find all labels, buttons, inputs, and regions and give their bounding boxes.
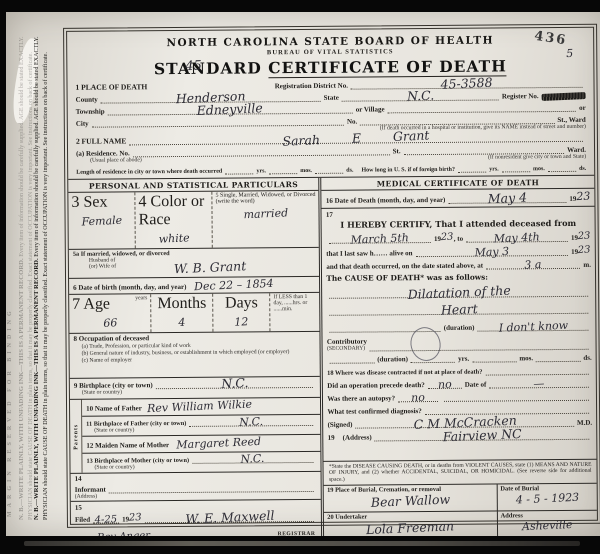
race-line: white bbox=[139, 229, 209, 248]
row-age: 7 Age years 66 Months 4 Days bbox=[69, 293, 320, 334]
dod-label: 16 Date of Death (month, day, and year) bbox=[326, 196, 446, 205]
burial-place-line: Bear Wallow bbox=[327, 493, 493, 509]
race-value: white bbox=[158, 231, 189, 245]
cause-of-death-label: The CAUSE OF DEATH* was as follows: bbox=[326, 273, 488, 283]
age-less-label: If LESS than 1 day, ......hrs. or ......… bbox=[273, 294, 316, 312]
marital-cell: 5 Single, Married, Widowed, or Divorced … bbox=[212, 191, 320, 248]
marital-value: married bbox=[243, 206, 288, 221]
burial-date-line: 4 - 5 - 1923 bbox=[500, 492, 593, 506]
filed-date-value: 4-25 bbox=[95, 514, 118, 526]
handwritten-number-5: 5 bbox=[566, 47, 574, 60]
mos-label: mos. bbox=[519, 354, 533, 362]
scan-shadow-streak bbox=[24, 541, 580, 546]
full-name-label: FULL NAME bbox=[81, 136, 126, 145]
residence-line bbox=[133, 145, 390, 157]
burial-date-cell: Date of Burial 4 - 5 - 1923 bbox=[497, 484, 597, 511]
cause-value-2: Heart bbox=[440, 301, 477, 318]
lastsaw-value: May 3 bbox=[474, 245, 509, 259]
filed-line: Filed 4-25 1923 W. E. Maxwell bbox=[75, 511, 317, 524]
form-title-standard: STANDARD bbox=[154, 58, 262, 78]
parents-tab: Parents bbox=[70, 400, 83, 473]
age-header: 7 Age years bbox=[72, 295, 147, 314]
birthplace-line: N.C. bbox=[156, 378, 314, 389]
signed-label: (Signed) bbox=[328, 421, 353, 429]
age-months-cell: Months 4 bbox=[150, 294, 212, 332]
parents-rows: 10 Name of Father Rev William Wilkie 11 … bbox=[82, 398, 321, 473]
duration-value: I don't know bbox=[498, 319, 568, 335]
village-line bbox=[388, 102, 577, 113]
street-no-line bbox=[360, 114, 554, 126]
certify-block: 17 I HEREBY CERTIFY, That I attended dec… bbox=[322, 207, 596, 444]
burial-table: 19 Place of Burial, Cremation, or remova… bbox=[324, 483, 597, 536]
cause-dots-1: Dilatation of the bbox=[329, 287, 588, 299]
ds-label: ds. bbox=[583, 354, 591, 362]
age-days-label: Days bbox=[216, 294, 266, 312]
father-bp-label: 11 Birthplace of Father (city or town) bbox=[86, 420, 186, 428]
or-village-label: or Village bbox=[356, 105, 385, 113]
full-name-line: Sarah E Grant bbox=[129, 132, 583, 146]
row-sex-race-marital: 3 Sex Female 4 Color or Race white 5 Sin… bbox=[68, 191, 319, 250]
two-column-section: PERSONAL AND STATISTICAL PARTICULARS 3 S… bbox=[68, 175, 597, 536]
to-year-value: 23 bbox=[578, 231, 591, 243]
row-spouse: 5a If married, widowed, or divorced Husb… bbox=[69, 248, 320, 279]
birthdate-value: Dec 22 – 1854 bbox=[194, 277, 274, 293]
cause-footnote: *State the DISEASE CAUSING DEATH, or in … bbox=[324, 459, 597, 485]
age-years-value: 66 bbox=[103, 316, 118, 330]
burial-date-value: 4 - 5 - 1923 bbox=[515, 491, 579, 507]
burial-place-cell: 19 Place of Burial, Cremation, or remova… bbox=[324, 485, 497, 512]
state-value: N.C. bbox=[406, 88, 434, 104]
attended-from-value: March 5th bbox=[351, 231, 410, 246]
ds-label: ds. bbox=[579, 166, 586, 172]
contributory-duration-line: (duration) yrs. mos. ds. bbox=[327, 352, 592, 364]
birthplace-value: N.C. bbox=[221, 375, 249, 391]
race-cell: 4 Color or Race white bbox=[134, 192, 212, 249]
certify-text: I HEREBY CERTIFY, That I attended deceas… bbox=[340, 218, 576, 230]
age-months-label: Months bbox=[154, 295, 209, 313]
medical-certificate-column: MEDICAL CERTIFICATE OF DEATH 16 Date of … bbox=[322, 176, 597, 536]
township-line: Edneyville bbox=[108, 104, 353, 116]
mother-bp-dots: N.C. bbox=[192, 453, 314, 464]
cause-value-1: Dilatation of the bbox=[407, 283, 511, 302]
spouse-value: W. B. Grant bbox=[174, 258, 247, 276]
from-year-value: 23 bbox=[441, 232, 454, 244]
dod-line: 16 Date of Death (month, day, and year) … bbox=[326, 190, 591, 205]
from-dots: March 5th bbox=[329, 233, 431, 244]
father-value: Rev William Wilkie bbox=[147, 398, 252, 415]
usual-abode-note: (Usual place of abode) bbox=[90, 157, 142, 163]
state-line: N.C. bbox=[342, 90, 499, 101]
burial-place-value: Bear Wallow bbox=[370, 491, 450, 509]
physician-address: Fairview NC bbox=[442, 426, 521, 444]
row-burial-place: 19 Place of Burial, Cremation, or remova… bbox=[324, 484, 597, 513]
state-label: State bbox=[324, 94, 339, 102]
row-father-name: 10 Name of Father Rev William Wilkie bbox=[82, 398, 321, 417]
certificate-form: 436 5 45 NORTH CAROLINA STATE BOARD OF H… bbox=[66, 27, 598, 525]
registrar-label: REGISTRAR bbox=[278, 531, 316, 536]
father-label: 10 Name of Father bbox=[86, 404, 142, 412]
contributory-line: Contributory (SECONDARY) bbox=[327, 336, 592, 352]
father-bp-dots: N.C. bbox=[189, 416, 313, 427]
undertaker-value: Lola Freeman bbox=[366, 518, 455, 536]
registrar-signature: W. E. Maxwell bbox=[185, 508, 275, 527]
form-header: NORTH CAROLINA STATE BOARD OF HEALTH BUR… bbox=[67, 28, 593, 79]
age-days-line: 12 bbox=[216, 312, 266, 330]
registration-district-value: 45-3588 bbox=[440, 75, 493, 92]
city-line bbox=[92, 116, 344, 128]
dots bbox=[330, 353, 374, 363]
autopsy-label: Was there an autopsy? bbox=[327, 394, 395, 403]
duration-label: (duration) bbox=[444, 324, 475, 332]
mother-label: 12 Maiden Name of Mother bbox=[86, 441, 169, 450]
address-dots: Fairview NC bbox=[375, 430, 590, 442]
filed-date-line: 4-25 bbox=[93, 513, 119, 523]
undertaker-cell: 20 Undertaker Lola Freeman bbox=[324, 512, 497, 536]
address-year-label: 19 bbox=[328, 434, 335, 442]
dots bbox=[536, 352, 580, 362]
register-no-label: Register No. bbox=[502, 92, 539, 100]
to-label: , to bbox=[454, 235, 463, 243]
dots bbox=[315, 164, 343, 174]
lastsaw-label: that I last saw h…… alive on bbox=[326, 249, 412, 258]
occurred-label: and that death occurred, on the date sta… bbox=[326, 262, 483, 271]
registrar-sign-line: W. E. Maxwell bbox=[145, 512, 315, 523]
residence-ward-label: Ward. bbox=[567, 146, 586, 154]
lastsaw-dots: May 3 bbox=[416, 246, 569, 257]
certify-statement: I HEREBY CERTIFY, That I attended deceas… bbox=[326, 218, 591, 230]
dots bbox=[502, 162, 530, 172]
street-no-label: No. bbox=[347, 118, 357, 126]
undertaker-address-cell: Address Asheville bbox=[498, 511, 598, 536]
autopsy-dots: no bbox=[398, 392, 438, 402]
row-birthplace: 9 Birthplace (city or town) N.C. (State … bbox=[70, 377, 321, 400]
age-days-cell: Days 12 bbox=[212, 293, 269, 331]
city-label: City bbox=[76, 120, 89, 128]
operation-value: no bbox=[438, 378, 452, 392]
father-bp-value: N.C. bbox=[239, 415, 263, 429]
father-bp-line: 11 Birthplace of Father (city or town) N… bbox=[86, 416, 316, 428]
dod-value: May 4 bbox=[487, 190, 527, 207]
st-ward-label: St., Ward bbox=[557, 116, 586, 124]
contributory-block: Contributory (SECONDARY) bbox=[327, 338, 367, 352]
dots bbox=[472, 352, 516, 362]
signed-line: (Signed) C M McCracken M.D. bbox=[328, 417, 593, 429]
marital-label: 5 Single, Married, Widowed, or Divorced … bbox=[216, 192, 316, 205]
foreign-birth-label: How long in U. S. if of foreign birth? bbox=[361, 167, 455, 174]
township-value: Edneyville bbox=[197, 100, 264, 118]
cause-dots-2: Heart bbox=[330, 304, 589, 316]
undertaker-address-line: Asheville bbox=[501, 519, 594, 533]
marital-line: married bbox=[216, 204, 316, 223]
certify-occurred-line: and that death occurred, on the date sta… bbox=[326, 259, 591, 271]
undertaker-line: Lola Freeman bbox=[327, 520, 493, 536]
row-undertaker: 20 Undertaker Lola Freeman Address Ashev… bbox=[324, 511, 597, 536]
undertaker-address-value: Asheville bbox=[522, 518, 573, 533]
township-label: Township bbox=[76, 108, 105, 116]
row-birthdate: 6 Date of birth (month, day, and year) D… bbox=[69, 277, 319, 295]
or-label: or bbox=[579, 104, 586, 112]
place-of-death-number: 1 bbox=[75, 83, 79, 92]
autopsy-value: no bbox=[411, 391, 425, 405]
operation-date-value: — bbox=[533, 377, 545, 390]
age-months-value: 4 bbox=[178, 316, 186, 329]
attended-to-value: May 4th bbox=[494, 230, 541, 245]
time-dots: 3 a bbox=[486, 259, 580, 270]
age-years-cell: 7 Age years 66 bbox=[69, 294, 150, 333]
cause-line-1: Dilatation of the bbox=[326, 287, 591, 299]
dots bbox=[485, 365, 588, 376]
cause-label-line: The CAUSE OF DEATH* was as follows: bbox=[326, 272, 591, 283]
dots bbox=[548, 162, 576, 172]
mos-label: mos. bbox=[300, 168, 312, 174]
mos-label: mos. bbox=[533, 166, 545, 172]
place-of-death-label: PLACE OF DEATH bbox=[81, 82, 147, 92]
yrs-label: yrs. bbox=[256, 168, 266, 174]
personal-statistical-column: PERSONAL AND STATISTICAL PARTICULARS 3 S… bbox=[68, 178, 324, 536]
row-mother-birthplace: 13 Birthplace of Mother (city or town) N… bbox=[82, 452, 321, 473]
registration-district-label: Registration District No. bbox=[275, 82, 348, 91]
dots bbox=[444, 391, 589, 402]
county-label: County bbox=[76, 96, 98, 104]
time-value: 3 a bbox=[524, 258, 542, 272]
address-label: (Address) bbox=[343, 433, 372, 441]
m-label: m. bbox=[583, 261, 591, 269]
occupation-c-label: (c) Name of employer bbox=[82, 356, 316, 364]
sex-line: Female bbox=[72, 211, 132, 229]
row-date-of-death: 16 Date of Death (month, day, and year) … bbox=[322, 189, 595, 209]
age-years-line: 66 bbox=[72, 313, 147, 332]
birthplace-sub: (State or country) bbox=[82, 388, 316, 396]
dots bbox=[269, 164, 297, 174]
race-label: 4 Color or Race bbox=[138, 193, 208, 230]
test-label: What test confirmed diagnosis? bbox=[327, 407, 421, 416]
residence-st-label: St. bbox=[393, 147, 401, 155]
age-months-line: 4 bbox=[154, 313, 209, 331]
operation-date-label: Date of bbox=[465, 381, 487, 389]
mother-bp-label: 13 Birthplace of Mother (city or town) bbox=[86, 457, 189, 465]
mother-bp-sub: (State or country) bbox=[94, 463, 316, 471]
scan-tilt-layer: 436 5 45 NORTH CAROLINA STATE BOARD OF H… bbox=[6, 12, 600, 536]
row-informant: 14 Informant (Address) bbox=[71, 472, 322, 502]
mother-bp-value: N.C. bbox=[241, 452, 265, 466]
row-occupation: 8 Occupation of deceased (a) Trade, Prof… bbox=[69, 332, 320, 379]
register-no-scribble bbox=[541, 92, 585, 101]
sex-label: 3 Sex bbox=[71, 193, 131, 211]
sex-cell: 3 Sex Female bbox=[68, 192, 135, 249]
scanned-death-certificate: MARGIN RESERVED FOR BINDING N. B.—WRITE … bbox=[0, 0, 600, 554]
row-mother-name: 12 Maiden Name of Mother Margaret Reed bbox=[82, 435, 321, 454]
informant-line: Informant bbox=[75, 482, 317, 494]
dod-dots: May 4 bbox=[448, 193, 566, 204]
age-years-label: years bbox=[135, 295, 147, 313]
birthdate-label: 6 Date of birth (month, day, and year) bbox=[73, 283, 186, 292]
mother-bp-line: 13 Birthplace of Mother (city or town) N… bbox=[86, 453, 316, 465]
operation-date-dots: — bbox=[489, 378, 589, 389]
filed-year-value: 23 bbox=[129, 512, 142, 524]
to-dots: May 4th bbox=[466, 232, 568, 243]
dots bbox=[225, 164, 253, 174]
yrs-label: yrs. bbox=[458, 355, 469, 363]
contrib-duration-label: (duration) bbox=[377, 355, 408, 363]
md-label: M.D. bbox=[577, 419, 592, 427]
yrs-label: yrs. bbox=[489, 166, 499, 172]
full-name-number: 2 bbox=[76, 137, 80, 146]
age-label: 7 Age bbox=[72, 296, 110, 314]
operation-dots: no bbox=[428, 379, 462, 389]
certify-lastsaw-line: that I last saw h…… alive on May 3 1923 bbox=[326, 245, 591, 258]
birthplace-line-row: 9 Birthplace (city or town) N.C. bbox=[74, 378, 316, 390]
age-days-value: 12 bbox=[234, 315, 249, 329]
informant-label: Informant bbox=[75, 486, 106, 494]
dots bbox=[458, 163, 486, 173]
contributory-sub: (SECONDARY) bbox=[327, 346, 367, 352]
parents-block: Parents 10 Name of Father Rev William Wi… bbox=[70, 398, 321, 474]
mother-value: Margaret Reed bbox=[177, 435, 262, 452]
dots bbox=[411, 353, 455, 363]
dod-year-prefix: 19 bbox=[569, 195, 576, 203]
sex-value: Female bbox=[81, 214, 122, 229]
parents-label: Parents bbox=[73, 423, 79, 449]
where-contracted-label: 18 Where was disease contracted if not a… bbox=[327, 369, 482, 377]
filed-label: Filed bbox=[75, 516, 90, 524]
duration-dots: I don't know bbox=[477, 321, 588, 332]
cause-line-2: Heart bbox=[327, 304, 592, 316]
lastsaw-year-value: 23 bbox=[578, 245, 591, 257]
informant-dots bbox=[109, 482, 314, 494]
dod-year-value: 23 bbox=[576, 190, 591, 204]
operation-line: Did an operation precede death? no Date … bbox=[327, 378, 592, 390]
registration-district-line: 45-3588 bbox=[351, 78, 583, 90]
operation-label: Did an operation precede death? bbox=[327, 381, 425, 390]
penciled-number-45: 45 bbox=[185, 59, 202, 75]
row-filed: 15 Filed 4-25 1923 W. E. Maxwell REGISTR… bbox=[71, 500, 322, 536]
ds-label: ds. bbox=[346, 168, 353, 174]
nonresident-note: (If nonresident give city or town and St… bbox=[488, 154, 586, 161]
address-line: 19 (Address) Fairview NC bbox=[328, 430, 593, 442]
length-residence-label: Length of residence in city or town wher… bbox=[76, 169, 222, 176]
age-less-cell: If LESS than 1 day, ......hrs. or ......… bbox=[269, 293, 319, 331]
row-father-birthplace: 11 Birthplace of Father (city or town) N… bbox=[82, 415, 321, 437]
signed-dots: C M McCracken bbox=[355, 417, 574, 429]
certify-from-line: March 5th 1923 , to May 4th 1923 bbox=[326, 231, 591, 244]
dots bbox=[370, 340, 589, 352]
autopsy-line: Was there an autopsy? no bbox=[327, 391, 592, 403]
duration-line: (duration) I don't know bbox=[327, 321, 592, 333]
certificate-paper: MARGIN RESERVED FOR BINDING N. B.—WRITE … bbox=[6, 12, 600, 536]
where-contracted-line: 18 Where was disease contracted if not a… bbox=[327, 365, 592, 377]
row-length-of-residence: Length of residence in city or town wher… bbox=[76, 162, 586, 176]
place-of-death-section: 1 PLACE OF DEATH Registration District N… bbox=[67, 75, 594, 176]
deputy-signature: Rev Anger bbox=[97, 530, 150, 536]
father-bp-sub: (State or country) bbox=[94, 426, 316, 434]
residence-st-line bbox=[404, 144, 565, 155]
